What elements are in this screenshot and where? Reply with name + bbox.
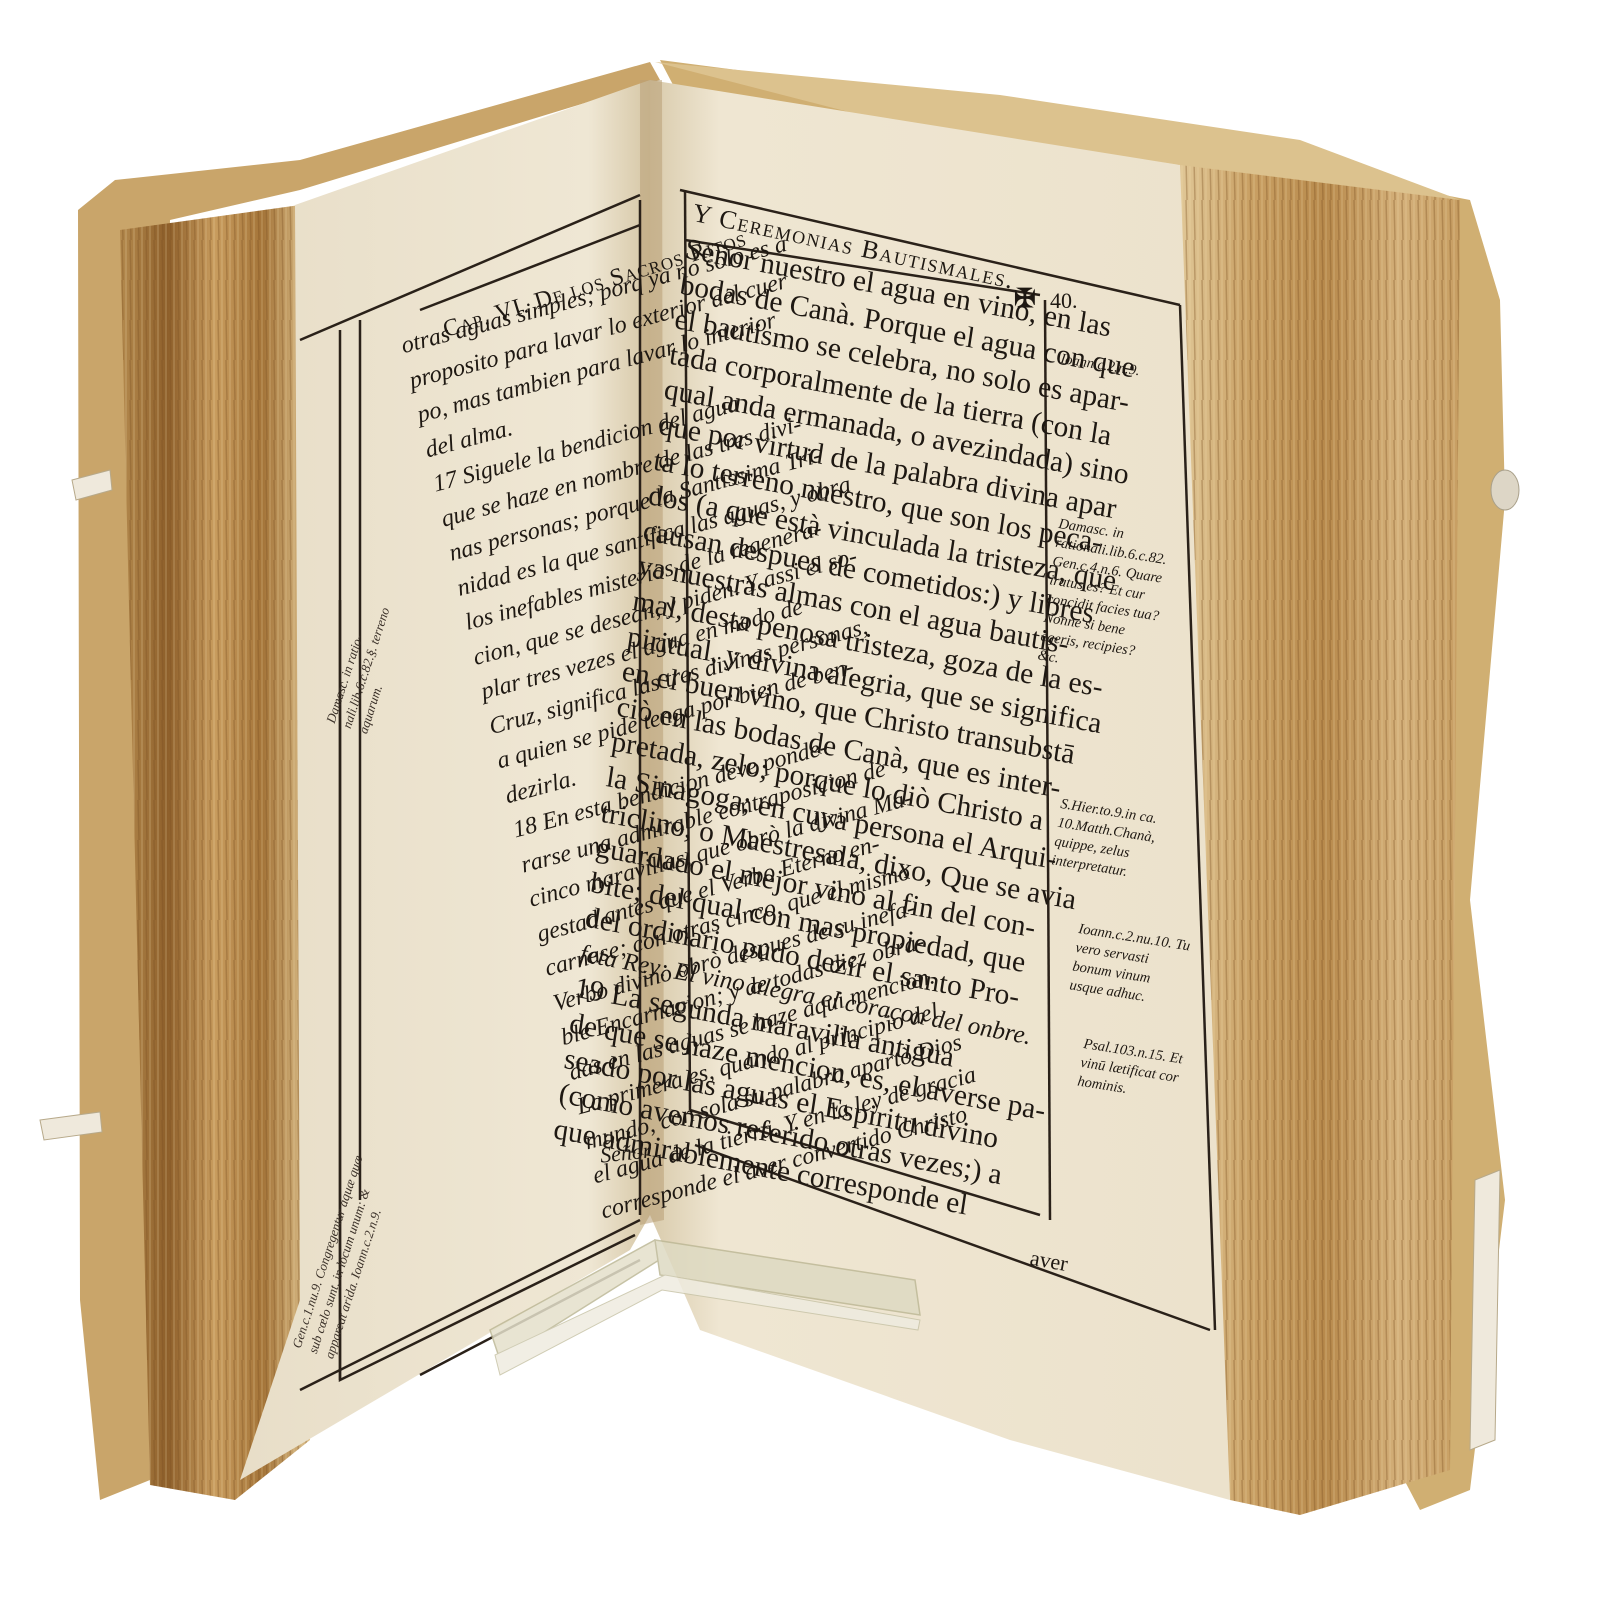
right-marginal-note: Damasc. in rationali.lib.6.c.82. Gen.c.4… bbox=[1036, 515, 1178, 684]
photo-scene: Cap. VI. De los Sacros Ritos otras aguas… bbox=[0, 0, 1600, 1600]
